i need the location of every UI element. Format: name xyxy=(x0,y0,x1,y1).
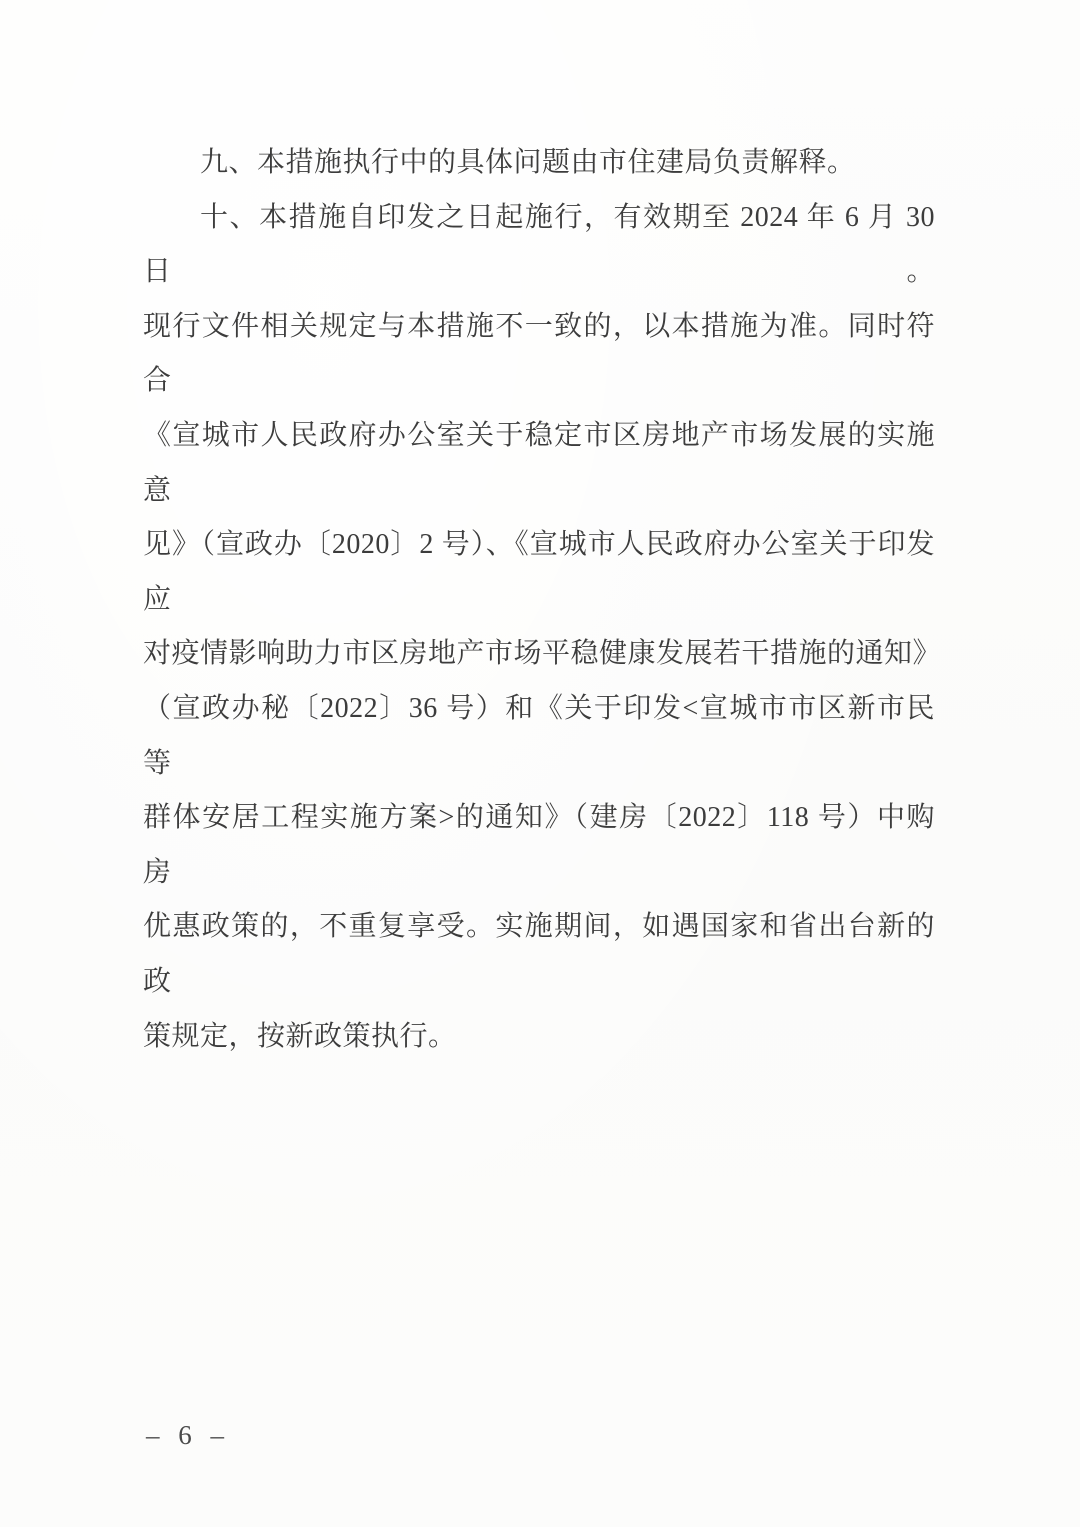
document-body: 九、本措施执行中的具体问题由市住建局负责解释。 十、本措施自印发之日起施行，有效… xyxy=(143,136,935,1064)
body-line: 对疫情影响助力市区房地产市场平稳健康发展若干措施的通知》 xyxy=(143,627,935,682)
scanned-document-page: 九、本措施执行中的具体问题由市住建局负责解释。 十、本措施自印发之日起施行，有效… xyxy=(0,0,1080,1527)
body-line: 《宣城市人民政府办公室关于稳定市区房地产市场发展的实施意 xyxy=(143,409,935,518)
body-line: 现行文件相关规定与本措施不一致的，以本措施为准。同时符合 xyxy=(143,300,935,409)
body-line: 优惠政策的，不重复享受。实施期间，如遇国家和省出台新的政 xyxy=(143,900,935,1009)
body-line-last: 策规定，按新政策执行。 xyxy=(143,1010,935,1065)
body-line: 群体安居工程实施方案>的通知》（建房〔2022〕118 号）中购房 xyxy=(143,791,935,900)
body-line: （宣政办秘〔2022〕36 号）和《关于印发<宣城市市区新市民等 xyxy=(143,682,935,791)
body-line-clause-10: 十、本措施自印发之日起施行，有效期至 2024 年 6 月 30 日。 xyxy=(143,191,935,300)
body-line: 见》（宣政办〔2020〕2 号）、《宣城市人民政府办公室关于印发应 xyxy=(143,518,935,627)
page-number: – 6 – xyxy=(146,1420,230,1451)
body-line-clause-9: 九、本措施执行中的具体问题由市住建局负责解释。 xyxy=(143,136,935,191)
